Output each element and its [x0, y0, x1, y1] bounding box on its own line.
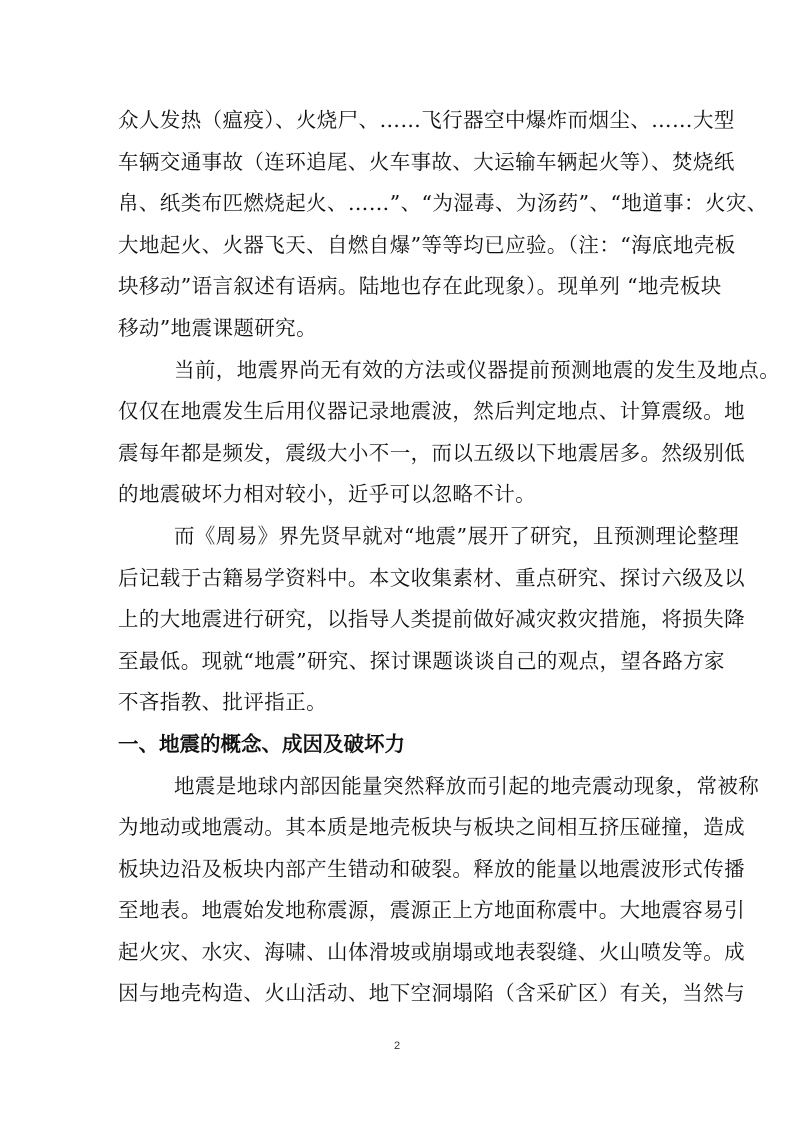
- text-line: 帛、纸类布匹燃烧起火、……”、“为湿毒、为汤药”、“地道事：火灾、: [118, 183, 678, 225]
- paragraph-earthquake-concept: 地震是地球内部因能量突然释放而引起的地壳震动现象，常被称 为地动或地震动。其本质…: [118, 766, 678, 1016]
- text-line: 至最低。现就“地震”研究、探讨课题谈谈自己的观点，望各路方家: [118, 641, 678, 683]
- text-line: 至地表。地震始发地称震源，震源正上方地面称震中。大地震容易引: [118, 890, 678, 932]
- paragraph-continuation: 众人发热（瘟疫）、火烧尸、……飞行器空中爆炸而烟尘、……大型 车辆交通事故（连环…: [118, 100, 678, 350]
- text-line: 起火灾、水灾、海啸、山体滑坡或崩塌或地表裂缝、火山喷发等。成: [118, 932, 678, 974]
- text-line: 板块边沿及板块内部产生错动和破裂。释放的能量以地震波形式传播: [118, 849, 678, 891]
- text-line: 地震是地球内部因能量突然释放而引起的地壳震动现象，常被称: [118, 766, 678, 808]
- text-line: 当前，地震界尚无有效的方法或仪器提前预测地震的发生及地点。: [118, 350, 678, 392]
- section-heading: 一、地震的概念、成因及破坏力: [118, 724, 678, 766]
- text-line: 不吝指教、批评指正。: [118, 682, 678, 724]
- paragraph-current-status: 当前，地震界尚无有效的方法或仪器提前预测地震的发生及地点。 仅仅在地震发生后用仪…: [118, 350, 678, 516]
- text-line: 移动”地震课题研究。: [118, 308, 678, 350]
- text-line: 而《周易》界先贤早就对“地震”展开了研究，且预测理论整理: [118, 516, 678, 558]
- document-page: 众人发热（瘟疫）、火烧尸、……飞行器空中爆炸而烟尘、……大型 车辆交通事故（连环…: [118, 100, 678, 1015]
- text-line: 大地起火、火器飞天、自燃自爆”等等均已应验。（注：“海底地壳板: [118, 225, 678, 267]
- text-line: 因与地壳构造、火山活动、地下空洞塌陷（含采矿区）有关，当然与: [118, 973, 678, 1015]
- text-line: 上的大地震进行研究，以指导人类提前做好减灾救灾措施，将损失降: [118, 599, 678, 641]
- text-line: 块移动”语言叙述有语病。陆地也存在此现象）。现单列 “地壳板块: [118, 266, 678, 308]
- text-line: 车辆交通事故（连环追尾、火车事故、大运输车辆起火等）、焚烧纸: [118, 142, 678, 184]
- text-line: 众人发热（瘟疫）、火烧尸、……飞行器空中爆炸而烟尘、……大型: [118, 100, 678, 142]
- text-line: 为地动或地震动。其本质是地壳板块与板块之间相互挤压碰撞，造成: [118, 807, 678, 849]
- text-line: 震每年都是频发，震级大小不一，而以五级以下地震居多。然级别低: [118, 433, 678, 475]
- text-line: 后记载于古籍易学资料中。本文收集素材、重点研究、探讨六级及以: [118, 558, 678, 600]
- text-line: 的地震破坏力相对较小，近乎可以忽略不计。: [118, 474, 678, 516]
- page-number: 2: [0, 1040, 794, 1052]
- text-line: 仅仅在地震发生后用仪器记录地震波，然后判定地点、计算震级。地: [118, 391, 678, 433]
- paragraph-zhouyi-research: 而《周易》界先贤早就对“地震”展开了研究，且预测理论整理 后记载于古籍易学资料中…: [118, 516, 678, 724]
